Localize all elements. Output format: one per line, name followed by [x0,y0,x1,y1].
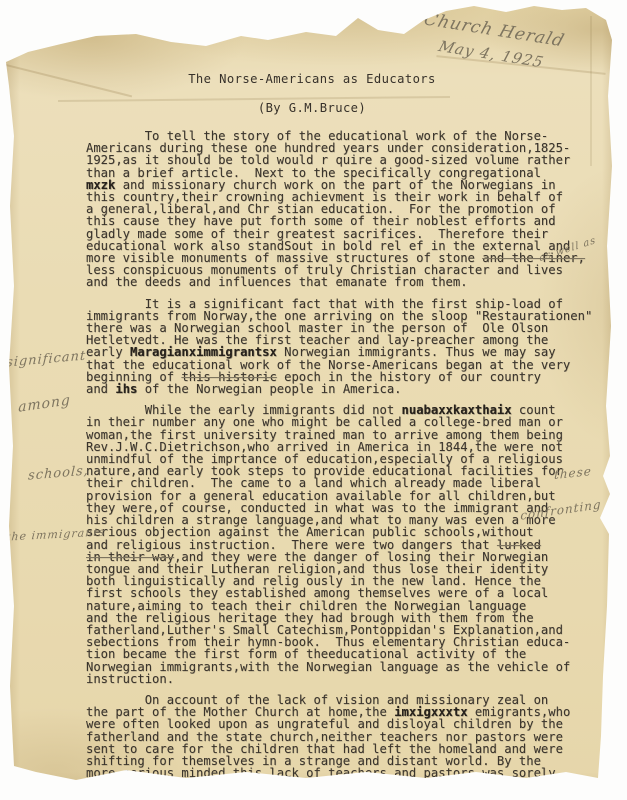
typed-text: and [86,382,115,396]
document-title: The Norse-Americans as Educators [6,72,618,86]
typed-over-correction: ihs [115,382,137,396]
handwritten-margin-note: among [18,392,71,416]
handwritten-margin-note: schools, [28,463,90,483]
paragraph: It is a significant fact that with the f… [86,298,591,396]
typewritten-body: To tell the story of the educational wor… [86,130,591,788]
paragraph: On account of the lack of vision and mis… [86,694,591,779]
typed-text: and the deeds and influences that emanat… [86,275,468,289]
typed-line: and the deeds and influences that emanat… [86,276,591,288]
paragraph: While the early immigrants did not nuaba… [86,404,591,685]
typed-text: of the Norwegian people in America. [137,382,401,396]
typed-line: instruction. [86,673,591,685]
document-byline: (By G.M.Bruce) [6,101,618,115]
typed-line: and ihs of the Norwegian people in Ameri… [86,383,591,395]
typed-text: instruction. [86,672,174,686]
document-page: Church Herald May 4, 1925 The Norse-Amer… [6,6,618,794]
typed-text: more serious minded,this lack of teacher… [86,766,556,780]
typed-line: more serious minded,this lack of teacher… [86,767,591,779]
handwritten-margin-note: significant [6,348,87,370]
handwritten-date-annotation: Church Herald May 4, 1925 [414,8,568,76]
paragraph: To tell the story of the educational wor… [86,130,591,289]
scan-background: Church Herald May 4, 1925 The Norse-Amer… [0,0,627,800]
